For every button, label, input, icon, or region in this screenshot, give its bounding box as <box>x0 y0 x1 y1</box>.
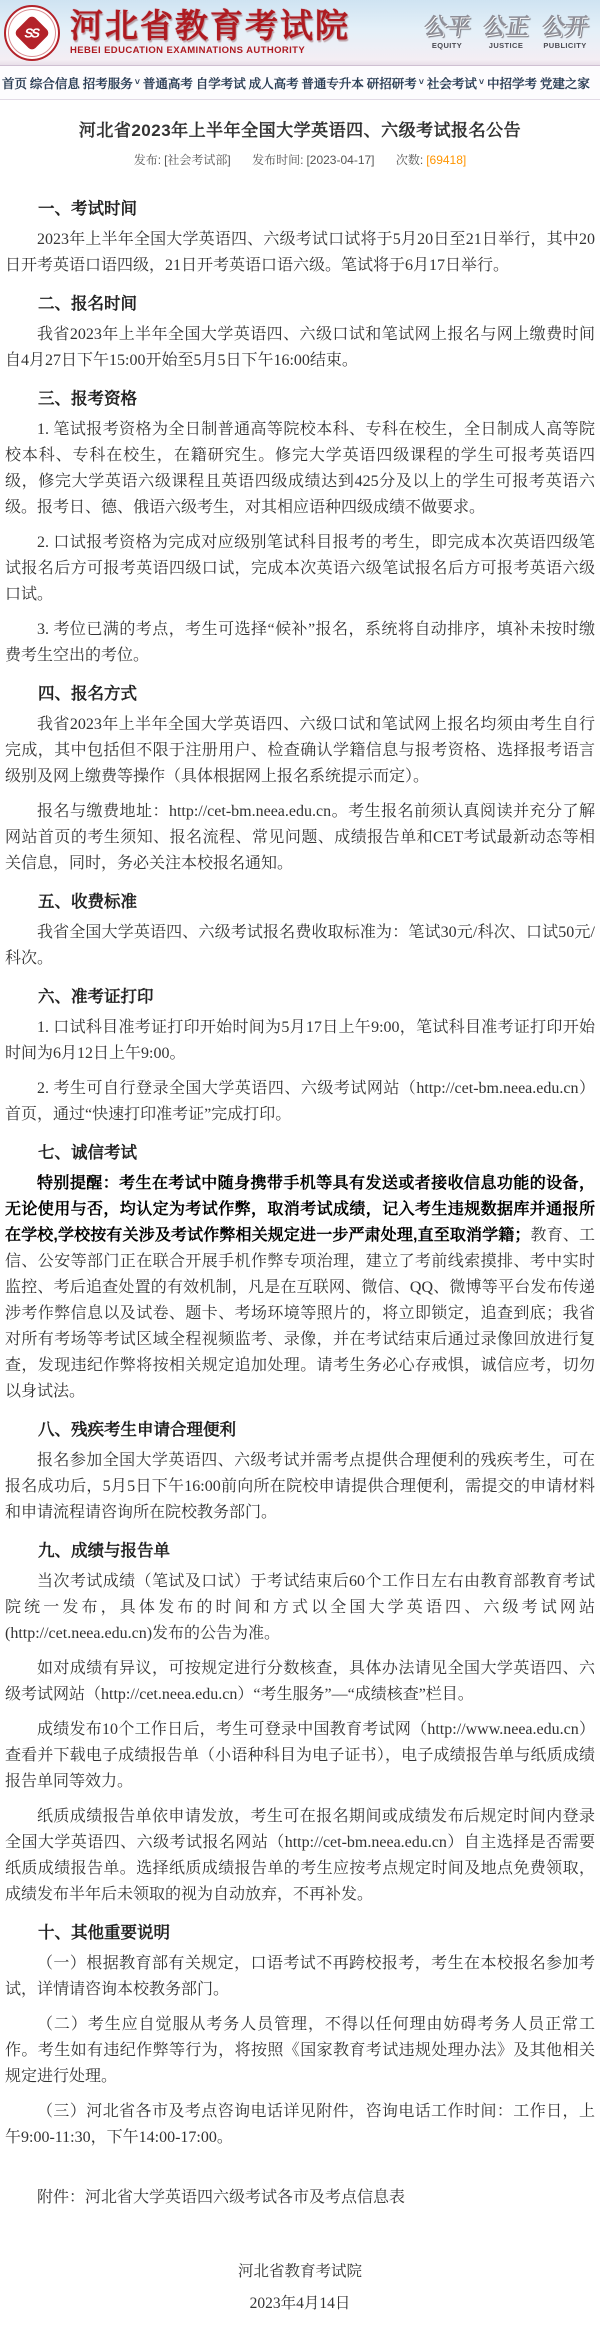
page-title: 河北省2023年上半年全国大学英语四、六级考试报名公告 <box>5 116 595 141</box>
meta-view-count: 次数:[69418] <box>396 153 466 167</box>
paragraph: 2. 考生可自行登录全国大学英语四、六级考试网站（http://cet-bm.n… <box>5 1076 595 1128</box>
nav-item-regular-gaokao[interactable]: 普通高考 <box>143 74 193 92</box>
seal-publicity-icon: 公开PUBLICITY <box>542 15 588 50</box>
article-body: 一、考试时间2023年上半年全国大学英语四、六级考试口试将于5月20日至21日举… <box>5 196 595 2151</box>
chevron-down-icon: ˅ <box>135 78 140 87</box>
nav-item-label: 中招学考 <box>487 74 537 92</box>
paragraph: 1. 口试科目准考证打印开始时间为5月17日上午9:00，笔试科目准考证打印开始… <box>5 1015 595 1067</box>
nav-item-label: 首页 <box>2 74 27 92</box>
nav-item-zhuanshengben[interactable]: 普通专升本 <box>301 74 364 92</box>
logo-diamond-icon: SS <box>14 14 51 51</box>
paragraph: 如对成绩有异议，可按规定进行分数核查，具体办法请见全国大学英语四、六级考试网站（… <box>5 1656 595 1708</box>
paragraph: 3. 考位已满的考点，考生可选择“候补”报名，系统将自动排序，填补未按时缴费考生… <box>5 617 595 669</box>
section-heading-6: 六、准考证打印 <box>5 984 595 1010</box>
paragraph: （二）考生应自觉服从考务人员管理，不得以任何理由妨碍考务人员正常工作。考生如有违… <box>5 2012 595 2090</box>
nav-item-label: 社会考试 <box>427 74 477 92</box>
paragraph: （三）河北省各市及考点咨询电话详见附件，咨询电话工作时间：工作日，上午9:00-… <box>5 2099 595 2151</box>
paragraph: 纸质成绩报告单依申请发放，考生可在报名期间或成绩发布后规定时间内登录全国大学英语… <box>5 1804 595 1908</box>
paragraph: 我省2023年上半年全国大学英语四、六级口试和笔试网上报名与网上缴费时间自4月2… <box>5 322 595 374</box>
site-header: SS 河北省教育考试院 HEBEI EDUCATION EXAMINATIONS… <box>0 0 600 66</box>
nav-item-social-exams[interactable]: 社会考试˅ <box>427 74 484 92</box>
org-name-cn: 河北省教育考试院 <box>70 9 350 44</box>
paragraph: 我省2023年上半年全国大学英语四、六级口试和笔试网上报名均须由考生自行完成，其… <box>5 712 595 790</box>
nav-item-label: 综合信息 <box>30 74 80 92</box>
section-heading-9: 九、成绩与报告单 <box>5 1538 595 1564</box>
meta-publisher: 发布:[社会考试部] <box>134 153 231 167</box>
nav-item-postgraduate[interactable]: 研招研考˅ <box>367 74 424 92</box>
paragraph: 1. 笔试报考资格为全日制普通高等院校本科、专科在校生，全日制成人高等院校本科、… <box>5 417 595 521</box>
signature-org: 河北省教育考试院 <box>5 2257 595 2287</box>
paragraph: 特别提醒：考生在考试中随身携带手机等具有发送或者接收信息功能的设备，无论使用与否… <box>5 1171 595 1405</box>
nav-item-label: 普通专升本 <box>301 74 364 92</box>
motto-seals: 公平EQUITY公正JUSTICE公开PUBLICITY <box>424 15 590 50</box>
paragraph: 2. 口试报考资格为完成对应级别笔试科目报考的考生，即完成本次英语四级笔试报名后… <box>5 530 595 608</box>
nav-item-recruit-services[interactable]: 招考服务˅ <box>83 74 140 92</box>
nav-item-zhongzhao-xuekao[interactable]: 中招学考 <box>487 74 537 92</box>
nav-item-party-building[interactable]: 党建之家 <box>540 74 590 92</box>
nav-item-label: 招考服务 <box>83 74 133 92</box>
paragraph: 成绩发布10个工作日后，考生可登录中国教育考试网（http://www.neea… <box>5 1717 595 1795</box>
main-nav: 首页综合信息招考服务˅普通高考自学考试成人高考普通专升本研招研考˅社会考试˅中招… <box>0 66 600 100</box>
section-heading-4: 四、报名方式 <box>5 681 595 707</box>
article-meta: 发布:[社会考试部] 发布时间:[2023-04-17] 次数:[69418] <box>5 151 595 168</box>
nav-item-label: 普通高考 <box>143 74 193 92</box>
paragraph: 当次考试成绩（笔试及口试）于考试结束后60个工作日左右由教育部教育考试院统一发布… <box>5 1569 595 1647</box>
seal-equity-icon: 公平EQUITY <box>424 15 470 50</box>
seal-justice-icon: 公正JUSTICE <box>483 15 529 50</box>
paragraph: （一）根据教育部有关规定，口语考试不再跨校报考，考生在本校报名参加考试，详情请咨… <box>5 1951 595 2003</box>
nav-item-label: 自学考试 <box>196 74 246 92</box>
nav-item-label: 党建之家 <box>540 74 590 92</box>
logo-seal-icon[interactable]: SS <box>4 5 60 61</box>
paragraph: 2023年上半年全国大学英语四、六级考试口试将于5月20日至21日举行，其中20… <box>5 227 595 279</box>
signature-block: 河北省教育考试院 2023年4月14日 <box>5 2257 595 2319</box>
section-heading-8: 八、残疾考生申请合理便利 <box>5 1417 595 1443</box>
paragraph: 我省全国大学英语四、六级考试报名费收取标准为：笔试30元/科次、口试50元/科次… <box>5 920 595 972</box>
announcement-page: 河北省2023年上半年全国大学英语四、六级考试报名公告 发布:[社会考试部] 发… <box>0 100 600 2339</box>
chevron-down-icon: ˅ <box>419 78 424 87</box>
section-heading-3: 三、报考资格 <box>5 386 595 412</box>
nav-item-general-info[interactable]: 综合信息 <box>30 74 80 92</box>
section-heading-2: 二、报名时间 <box>5 291 595 317</box>
view-count-badge: [69418] <box>426 153 466 167</box>
section-heading-5: 五、收费标准 <box>5 889 595 915</box>
nav-item-label: 成人高考 <box>249 74 299 92</box>
nav-item-label: 研招研考 <box>367 74 417 92</box>
org-name-en: HEBEI EDUCATION EXAMINATIONS AUTHORITY <box>70 45 350 56</box>
org-title-block: 河北省教育考试院 HEBEI EDUCATION EXAMINATIONS AU… <box>70 9 350 57</box>
nav-item-adult-gaokao[interactable]: 成人高考 <box>249 74 299 92</box>
nav-item-self-study-exam[interactable]: 自学考试 <box>196 74 246 92</box>
meta-publish-time: 发布时间:[2023-04-17] <box>252 153 374 167</box>
section-heading-10: 十、其他重要说明 <box>5 1920 595 1946</box>
section-heading-1: 一、考试时间 <box>5 196 595 222</box>
nav-item-home[interactable]: 首页 <box>2 74 27 92</box>
highlight-bold-text: 特别提醒：考生在考试中随身携带手机等具有发送或者接收信息功能的设备，无论使用与否… <box>5 1175 595 1244</box>
chevron-down-icon: ˅ <box>479 78 484 87</box>
paragraph: 报名参加全国大学英语四、六级考试并需考点提供合理便利的残疾考生，可在报名成功后，… <box>5 1448 595 1526</box>
section-heading-7: 七、诚信考试 <box>5 1140 595 1166</box>
attachment-link[interactable]: 附件：河北省大学英语四六级考试各市及考点信息表 <box>5 2185 595 2211</box>
paragraph: 报名与缴费地址：http://cet-bm.neea.edu.cn。考生报名前须… <box>5 799 595 877</box>
signature-date: 2023年4月14日 <box>5 2289 595 2319</box>
